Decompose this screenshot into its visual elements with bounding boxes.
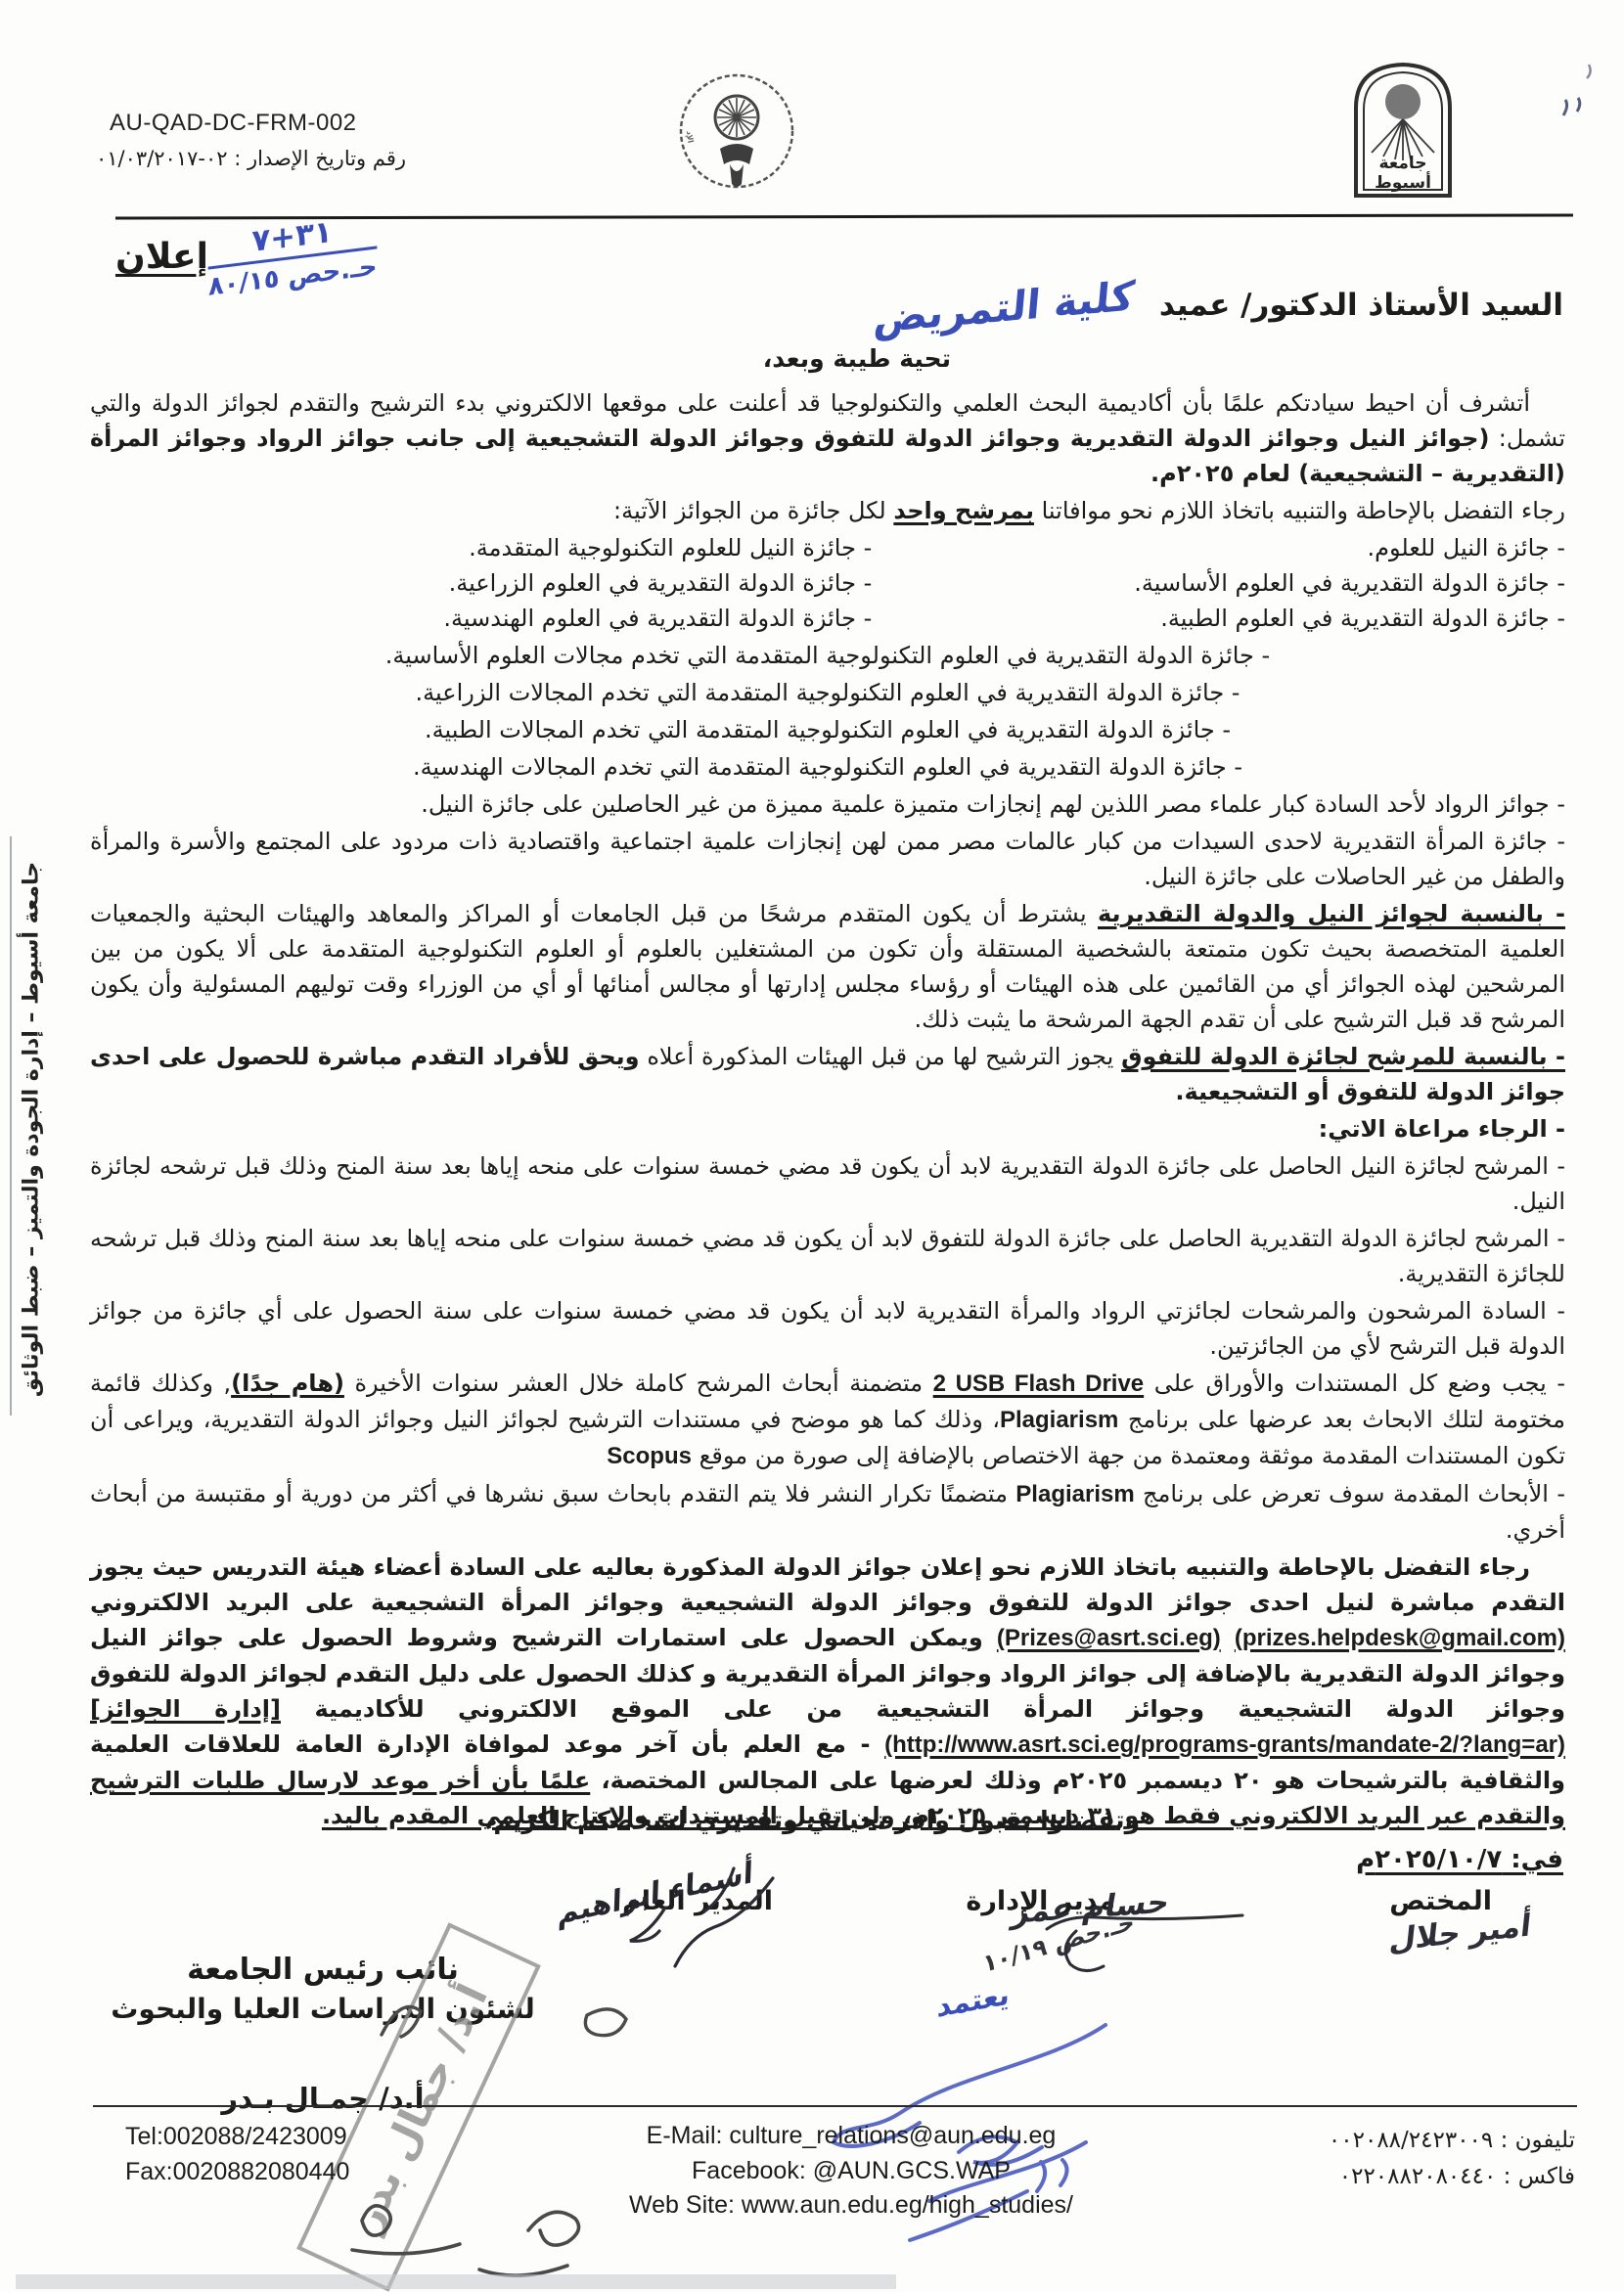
closing-paragraph: رجاء التفضل بالإحاطة والتنبيه باتخاذ الل…	[90, 1550, 1565, 1833]
announcement-label: إعلان	[115, 237, 208, 277]
intro-paragraph: أتشرف أن احيط سيادتكم علمًا بأن أكاديمية…	[90, 385, 1565, 491]
addressee-prefix: السيد الأستاذ الدكتور/ عميد	[1159, 288, 1563, 323]
footer-email: E-Mail: culture_relations@aun.edu.eg	[548, 2119, 1154, 2154]
notes-lead: - الرجاء مراعاة الاتي:	[90, 1111, 1565, 1146]
footer-contact-en: Tel:002088/2423009 Fax:0020882080440	[125, 2119, 349, 2190]
award-item: - جائزة الدولة التقديرية في العلوم الزرا…	[90, 565, 872, 601]
request-pre: رجاء التفضل بالإحاطة والتنبيه باتخاذ الل…	[1034, 497, 1565, 524]
logo-ring-caption: الإدارة العامة للعلاقات العلمية والثقافي…	[673, 70, 695, 144]
plagiarism-text: Plagiarism	[1015, 1481, 1134, 1507]
award-item: - جائزة النيل للعلوم التكنولوجية المتقدم…	[90, 530, 872, 565]
admin-manager-scrawl	[1037, 1898, 1252, 1986]
very-important-note: (هام جدًا)	[231, 1370, 344, 1397]
general-manager-scrawl	[548, 1849, 802, 1986]
note-item: - المرشح لجائزة الدولة التقديرية الحاصل …	[90, 1221, 1565, 1291]
award-row: - جائزة الدولة التقديرية في العلوم الأسا…	[90, 565, 1565, 601]
asrt-url: (http://www.asrt.sci.eg/programs-grants/…	[884, 1731, 1565, 1758]
request-post: لكل جائزة من الجوائز الآتية:	[613, 497, 893, 524]
scan-artifact-strip	[16, 2274, 896, 2289]
vp-signature-scrawl	[342, 1976, 665, 2103]
tafawq-eligibility-paragraph: - بالنسبة للمرشح لجائزة الدولة للتفوق يج…	[90, 1039, 1565, 1109]
usb-mid1: متضمنة أبحاث المرشح كاملة خلال العشر سنو…	[344, 1370, 933, 1397]
award-item: - جائزة الدولة التقديرية في العلوم الهند…	[90, 601, 872, 636]
footer-fax-ar: فاكس : ٠٢٢٠٨٨٢٠٨٠٤٤٠	[1329, 2159, 1575, 2195]
scientific-relations-logo: الإدارة العامة للعلاقات العلمية والثقافي…	[673, 70, 800, 209]
awards-admin-link-label: [إدارة الجوائز]	[90, 1695, 281, 1723]
assiut-university-logo: جامعة أسيوط	[1348, 59, 1458, 205]
plagiarism-check-paragraph: - الأبحاث المقدمة سوف تعرض على برنامج Pl…	[90, 1476, 1565, 1548]
addressee-handwritten-faculty: كلية التمريض	[872, 272, 1136, 342]
footer-contact-ar: تليفون : ٠٠٢٠٨٨/٢٤٢٣٠٠٩ فاكس : ٠٢٢٠٨٨٢٠٨…	[1329, 2123, 1575, 2195]
footer-tel-en: Tel:002088/2423009	[125, 2119, 349, 2154]
assiut-logo-word-1: جامعة	[1378, 154, 1426, 173]
award-item: - جائزة المرأة التقديرية لاحدى السيدات م…	[90, 824, 1565, 894]
note-item: - السادة المرشحون والمرشحات لجائزتي الرو…	[90, 1293, 1565, 1364]
letter-body: أتشرف أن احيط سيادتكم علمًا بأن أكاديمية…	[90, 383, 1565, 1835]
salutation-line: وتفضلوا بقبول وافر تحياتي وتقديري لشخصكم…	[0, 1806, 1624, 1834]
tafawq-body-regular: يجوز الترشيح لها من قبل الهيئات المذكورة…	[640, 1043, 1121, 1070]
footer-fax-en: Fax:0020882080440	[125, 2154, 349, 2189]
award-row: - جائزة النيل للعلوم. - جائزة النيل للعل…	[90, 530, 1565, 565]
usb-pre: - يجب وضع كل المستندات والأوراق على	[1144, 1370, 1565, 1397]
intro-bold: (جوائز النيل وجوائز الدولة التقديرية وجو…	[90, 425, 1565, 487]
handwritten-routing-note: ٣١+٧ حـ.حص ٨٠/١٥	[207, 208, 378, 302]
plag-pre: - الأبحاث المقدمة سوف تعرض على برنامج	[1135, 1480, 1565, 1507]
nile-eligibility-lead: - بالنسبة لجوائز النيل والدولة التقديرية	[1098, 900, 1565, 927]
svg-text:الإدارة العامة للعلاقات العلمي: الإدارة العامة للعلاقات العلمية والثقافي…	[673, 70, 695, 144]
issue-date-line: رقم وتاريخ الإصدار : ٠٢-٠١/٠٣/٢٠١٧	[96, 147, 406, 170]
scanned-letter-page: جامعة أسيوط – إدارة الجودة والتميز – ضبط…	[0, 0, 1624, 2292]
form-code: AU-QAD-DC-FRM-002	[110, 110, 357, 137]
footer-facebook: Facebook: @AUN.GCS.WAP	[548, 2154, 1154, 2189]
specialist-label: المختص	[1389, 1886, 1492, 1916]
award-item: - جائزة الدولة التقديرية في العلوم التكن…	[90, 675, 1565, 710]
award-item: - جائزة الدولة التقديرية في العلوم التكن…	[90, 749, 1565, 785]
greeting-line: تحية طيبة وبعد،	[763, 344, 951, 373]
request-line: رجاء التفضل بالإحاطة والتنبيه باتخاذ الل…	[90, 493, 1565, 528]
award-item: - جائزة النيل للعلوم.	[872, 530, 1565, 565]
note-item: - المرشح لجائزة النيل الحاصل على جائزة ا…	[90, 1148, 1565, 1219]
pen-marks-top-right	[1495, 59, 1602, 151]
nile-eligibility-paragraph: - بالنسبة لجوائز النيل والدولة التقديرية…	[90, 896, 1565, 1037]
award-row: - جائزة الدولة التقديرية في العلوم الطبي…	[90, 601, 1565, 636]
request-emphasis: بمرشح واحد	[893, 497, 1034, 524]
prizes-email: (Prizes@asrt.sci.eg)	[997, 1625, 1221, 1651]
plagiarism-text: Plagiarism	[1000, 1407, 1118, 1433]
letter-date: في: ٢٠٢٥/١٠/٧م	[1356, 1845, 1563, 1874]
usb-flash-drive-text: 2 USB Flash Drive	[933, 1371, 1145, 1397]
usb-requirement-paragraph: - يجب وضع كل المستندات والأوراق على 2 US…	[90, 1366, 1565, 1474]
scopus-text: Scopus	[607, 1443, 692, 1469]
footer-divider	[93, 2105, 1577, 2107]
award-item: - جوائز الرواد لأحد السادة كبار علماء مص…	[90, 786, 1565, 822]
award-item: - جائزة الدولة التقديرية في العلوم الطبي…	[872, 601, 1565, 636]
footer-website: Web Site: www.aun.edu.eg/high_studies/	[548, 2188, 1154, 2224]
award-item: - جائزة الدولة التقديرية في العلوم التكن…	[90, 712, 1565, 747]
helpdesk-email: (prizes.helpdesk@gmail.com)	[1235, 1625, 1565, 1651]
award-item: - جائزة الدولة التقديرية في العلوم التكن…	[90, 638, 1565, 673]
tafawq-lead: - بالنسبة للمرشح لجائزة الدولة للتفوق	[1121, 1043, 1565, 1070]
award-item: - جائزة الدولة التقديرية في العلوم الأسا…	[872, 565, 1565, 601]
assiut-logo-word-2: أسيوط	[1375, 171, 1431, 193]
closing-p1: رجاء التفضل بالإحاطة والتنبيه باتخاذ الل…	[90, 1553, 1565, 1616]
addressee-line: السيد الأستاذ الدكتور/ عميد كلية التمريض	[874, 284, 1563, 331]
footer-contact-web: E-Mail: culture_relations@aun.edu.eg Fac…	[548, 2119, 1154, 2224]
footer-tel-ar: تليفون : ٠٠٢٠٨٨/٢٤٢٣٠٠٩	[1329, 2123, 1575, 2159]
scan-edge-line	[10, 836, 12, 1416]
side-strip-label: جامعة أسيوط – إدارة الجودة والتميز – ضبط…	[20, 856, 44, 1404]
